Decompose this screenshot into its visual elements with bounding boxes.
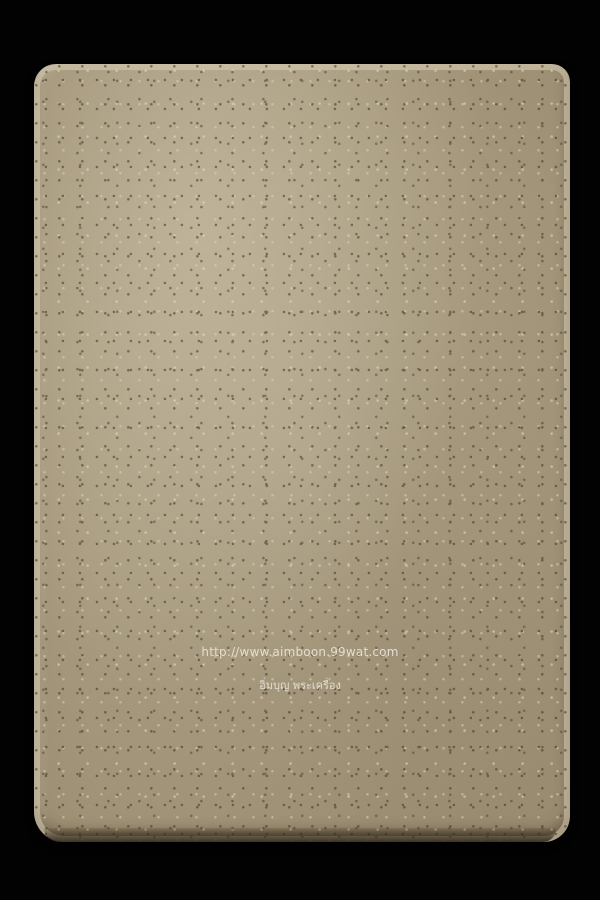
tablet-texture (34, 64, 570, 842)
watermark-url: http://www.aimboon.99wat.com (0, 645, 600, 659)
watermark-shop-name: อิ่มบุญ พระเครื่อง (0, 676, 600, 694)
amulet-tablet (34, 64, 570, 842)
tablet-bottom-edge (44, 828, 556, 842)
